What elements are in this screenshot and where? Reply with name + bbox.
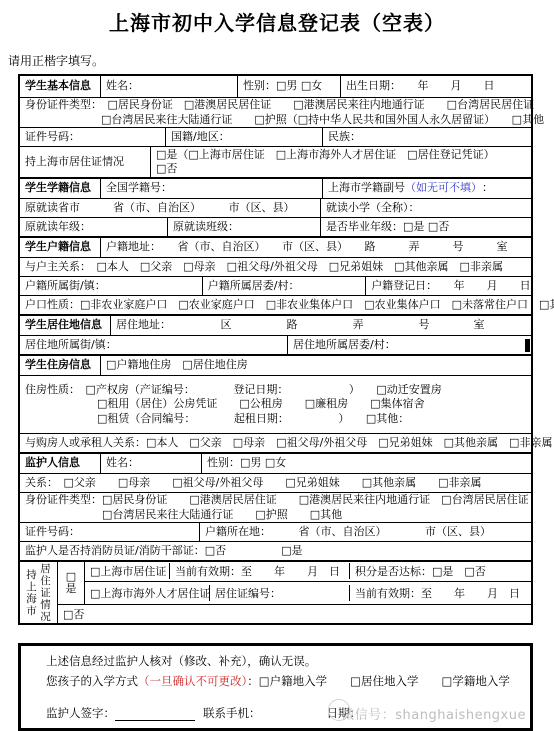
- graduating-grade-field: 是否毕业年级：□是 □否: [320, 218, 531, 236]
- contact-phone-label: 联系手机：: [203, 705, 261, 721]
- guardian-hukou-location-field: 户籍所在地： 省（市、自治区） 市（区、县）: [199, 523, 531, 541]
- section-guardian: 监护人信息: [20, 454, 100, 473]
- hukou-reg-date-field: 户籍登记日： 年 月 日: [365, 277, 531, 295]
- permit-number-label: 居住证编号：: [209, 585, 349, 601]
- registration-form-table: 学生基本信息 姓名： 性别：□男 □女 出生日期： 年 月 日 身份证件类型： …: [18, 74, 533, 625]
- section-student-xueji: 学生学籍信息: [20, 179, 100, 198]
- national-student-id-label: 全国学籍号：: [100, 179, 322, 198]
- row-residence-header: 学生居住地信息 居住地址： 区 路 弄 号 室: [20, 314, 531, 335]
- guardian-name-label: 姓名：: [100, 454, 201, 473]
- form-title: 上海市初中入学信息登记表（空表）: [0, 7, 554, 36]
- guardian-id-type-line1: 身份证件类型：□居民身份证 □港澳居民居住证 □港澳居民来往内地通行证 □台湾居…: [25, 493, 529, 507]
- enrollment-method-options: ：□户籍地入学 □居住地入学 □学籍地入学: [247, 674, 510, 688]
- enrollment-method-line: 您孩子的入学方式（一旦确认不可更改）：□户籍地入学 □居住地入学 □学籍地入学: [46, 673, 530, 689]
- enrollment-warning: （一旦确认不可更改）: [138, 674, 247, 688]
- student-birthdate-field: 出生日期： 年 月 日: [340, 76, 531, 97]
- permit-vertical-label-col1: 持上海市: [26, 569, 38, 617]
- housing-nature-line2: □租用（居住）公房凭证 □公租房 □廉租房 □集体宿舍: [97, 397, 425, 411]
- guardian-id-type-field: 身份证件类型：□居民身份证 □港澳居民居住证 □港澳居民来往内地通行证 □台湾居…: [20, 493, 531, 522]
- points-standard-field: 积分是否达标：□是 □否: [349, 563, 531, 579]
- permit-row-overseas: □上海市海外人才居住证 居住证编号： 当前有效期：至 年 月 日: [85, 581, 531, 604]
- row-guardian-fire-cert: 监护人是否持消防员证/消防干部证：□否 □是: [20, 541, 531, 560]
- fill-instruction: 请用正楷字填写。: [8, 52, 554, 69]
- buyer-tenant-relation-field: 与购房人或承租人关系：□本人 □父亲 □母亲 □祖父母/外祖父母 □兄弟姐妹 □…: [20, 434, 531, 452]
- confirmation-box: 上述信息经过监护人核对（修改、补充），确认无误。 您孩子的入学方式（一旦确认不可…: [18, 643, 533, 731]
- permit-rows: □上海市居住证 当前有效期：至 年 月 日 积分是否达标：□是 □否 □上海市海…: [84, 562, 531, 604]
- housing-nature-line1: 住房性质： □产权房（产证编号： 登记日期： ） □动迁安置房: [25, 383, 442, 397]
- row-guardian-header: 监护人信息 姓名： 性别：□男 □女: [20, 452, 531, 473]
- section-student-residence: 学生居住地信息: [20, 316, 110, 335]
- row-hukou-type: 户口性质：□非农业家庭户口 □农业家庭户口 □非农业集体户口 □农业集体户口 □…: [20, 295, 531, 314]
- residence-address-field: 居住地址： 区 路 弄 号 室: [110, 316, 531, 335]
- hukou-address-field: 户籍地址： 省（市、自治区） 市（区、县） 路 弄 号 室: [100, 238, 531, 257]
- row-housing-relation: 与购房人或承租人关系：□本人 □父亲 □母亲 □祖父母/外祖父母 □兄弟姐妹 □…: [20, 433, 531, 452]
- permit-yes-block: □ 是 □上海市居住证 当前有效期：至 年 月 日 积分是否达标：□是 □否 □…: [58, 562, 531, 604]
- hukou-street-label: 户籍所属街/镇：: [20, 277, 202, 295]
- row-xueji-origin: 原就读省市 省（市、自治区） 市（区、县） 就读小学（全称）：: [20, 198, 531, 217]
- wechat-watermark: 微信号：shanghaishengxue: [341, 704, 526, 723]
- confirmation-statement: 上述信息经过监护人核对（修改、补充），确认无误。: [46, 653, 530, 669]
- fire-cert-field: 监护人是否持消防员证/消防干部证：□否 □是: [20, 542, 531, 560]
- student-id-type-field: 身份证件类型： □居民身份证 □港澳居民居住证 □港澳居民来往内地通行证 □台湾…: [20, 98, 531, 127]
- row-guardian-id-number: 证件号码： 户籍所在地： 省（市、自治区） 市（区、县）: [20, 522, 531, 541]
- permit-row-shanghai: □上海市居住证 当前有效期：至 年 月 日 积分是否达标：□是 □否: [85, 562, 531, 581]
- origin-grade-label: 原就读年级：: [20, 218, 167, 236]
- row-xueji-header: 学生学籍信息 全国学籍号： 上海市学籍副号（如无可不填）：: [20, 177, 531, 198]
- row-guardian-relation: 关系： □父亲 □母亲 □祖父母/外祖父母 □兄弟姐妹 □其他亲属 □非亲属: [20, 473, 531, 492]
- permit-vertical-label: 持上海市 居住证情况: [20, 562, 57, 623]
- permit-no-option: □否: [156, 162, 177, 176]
- row-hukou-street: 户籍所属街/镇： 户籍所属居委/村： 户籍登记日： 年 月 日: [20, 276, 531, 295]
- section-student-basic: 学生基本信息: [20, 76, 100, 97]
- permit-status-label: 持上海市居住证情况: [20, 147, 150, 177]
- housing-location-options: □户籍地住房 □居住地住房: [100, 356, 531, 375]
- row-guardian-id-type: 身份证件类型：□居民身份证 □港澳居民居住证 □港澳居民来往内地通行证 □台湾居…: [20, 492, 531, 522]
- signature-underline: [115, 709, 195, 721]
- permit-content: □ 是 □上海市居住证 当前有效期：至 年 月 日 积分是否达标：□是 □否 □…: [57, 562, 531, 623]
- guardian-relation-field: 关系： □父亲 □母亲 □祖父母/外祖父母 □兄弟姐妹 □其他亲属 □非亲属: [20, 474, 531, 492]
- primary-school-label: 就读小学（全称）：: [320, 199, 531, 217]
- residence-committee-label: 居住地所属居委/村：: [287, 336, 531, 354]
- student-id-number-label: 证件号码：: [20, 128, 165, 146]
- overseas-permit-option: □上海市海外人才居住证: [85, 585, 209, 601]
- row-housing-nature: 住房性质： □产权房（产证编号： 登记日期： ） □动迁安置房 □租用（居住）公…: [20, 375, 531, 433]
- shanghai-permit-option: □上海市居住证: [85, 563, 169, 579]
- row-hukou-relation: 与户主关系： □本人 □父亲 □母亲 □祖父母/外祖父母 □兄弟姐妹 □其他亲属…: [20, 257, 531, 276]
- section-student-housing: 学生住房信息: [20, 356, 100, 375]
- shanghai-id-colon: ：: [482, 181, 493, 195]
- row-residence-street: 居住地所属街/镇： 居住地所属居委/村：: [20, 335, 531, 354]
- origin-province-field: 原就读省市 省（市、自治区） 市（区、县）: [20, 199, 320, 217]
- row-basic-id-number: 证件号码： 国籍/地区： 民族：: [20, 127, 531, 146]
- shanghai-id-optional-note: （如无可不填）: [405, 181, 482, 195]
- housing-nature-field: 住房性质： □产权房（产证编号： 登记日期： ） □动迁安置房 □租用（居住）公…: [20, 376, 531, 433]
- row-xueji-grade: 原就读年级： 原就读班级： 是否毕业年级：□是 □否: [20, 217, 531, 236]
- householder-relation-field: 与户主关系： □本人 □父亲 □母亲 □祖父母/外祖父母 □兄弟姐妹 □其他亲属…: [20, 258, 531, 276]
- row-basic-id-type: 身份证件类型： □居民身份证 □港澳居民居住证 □港澳居民来往内地通行证 □台湾…: [20, 97, 531, 127]
- hukou-type-field: 户口性质：□非农业家庭户口 □农业家庭户口 □非农业集体户口 □农业集体户口 □…: [20, 296, 531, 314]
- student-id-type-line2: □台湾居民来往大陆通行证 □护照（□持中华人民共和国外国人永久居留证） □其他: [101, 113, 544, 127]
- student-name-label: 姓名：: [100, 76, 237, 97]
- permit-no-option-guardian: □否: [63, 606, 84, 622]
- guardian-signature-label: 监护人签字：: [46, 705, 115, 721]
- row-housing-header: 学生住房信息 □户籍地住房 □居住地住房: [20, 354, 531, 375]
- shanghai-student-id-label: 上海市学籍副号（如无可不填）：: [322, 179, 531, 198]
- guardian-id-number-label: 证件号码：: [20, 523, 199, 541]
- permit-yes-option: □是（□上海市居住证 □上海市海外人才居住证 □居住登记凭证）: [156, 148, 495, 162]
- permit-status-options: □是（□上海市居住证 □上海市海外人才居住证 □居住登记凭证） □否: [150, 147, 531, 177]
- origin-class-label: 原就读班级：: [167, 218, 320, 236]
- housing-nature-line3: □租赁（合同编号： 起租日期： ） □其他：: [97, 412, 409, 426]
- enrollment-method-prefix: 您孩子的入学方式: [46, 674, 138, 688]
- residence-street-label: 居住地所属街/镇：: [20, 336, 287, 354]
- hukou-committee-label: 户籍所属居委/村：: [202, 277, 365, 295]
- section-student-hukou: 学生户籍信息: [20, 238, 100, 257]
- row-hukou-header: 学生户籍信息 户籍地址： 省（市、自治区） 市（区、县） 路 弄 号 室: [20, 236, 531, 257]
- row-basic-header: 学生基本信息 姓名： 性别：□男 □女 出生日期： 年 月 日: [20, 76, 531, 97]
- permit-vertical-label-col2: 居住证情况: [40, 563, 52, 623]
- guardian-id-type-line2: □台湾居民来往大陆通行证 □护照 □其他: [102, 508, 342, 522]
- student-id-type-line1: 身份证件类型： □居民身份证 □港澳居民居住证 □港澳居民来往内地通行证 □台湾…: [25, 98, 534, 112]
- student-gender-field: 性别：□男 □女: [237, 76, 340, 97]
- row-basic-permit: 持上海市居住证情况 □是（□上海市居住证 □上海市海外人才居住证 □居住登记凭证…: [20, 146, 531, 177]
- shanghai-permit-validity: 当前有效期：至 年 月 日: [169, 563, 349, 579]
- permit-no-row: □否: [58, 604, 531, 623]
- student-nationality-label: 国籍/地区：: [165, 128, 322, 146]
- guardian-permit-section: 持上海市 居住证情况 □ 是 □上海市居住证 当前有效期：至 年 月 日 积分是…: [20, 560, 531, 623]
- guardian-gender-field: 性别：□男 □女: [201, 454, 531, 473]
- student-ethnicity-label: 民族：: [322, 128, 531, 146]
- shanghai-id-prefix: 上海市学籍副号: [328, 181, 405, 195]
- overseas-permit-validity: 当前有效期：至 年 月 日: [349, 585, 531, 601]
- permit-yes-text: 是: [66, 583, 77, 595]
- ink-mark: [525, 339, 530, 352]
- permit-yes-cell: □ 是: [58, 562, 84, 604]
